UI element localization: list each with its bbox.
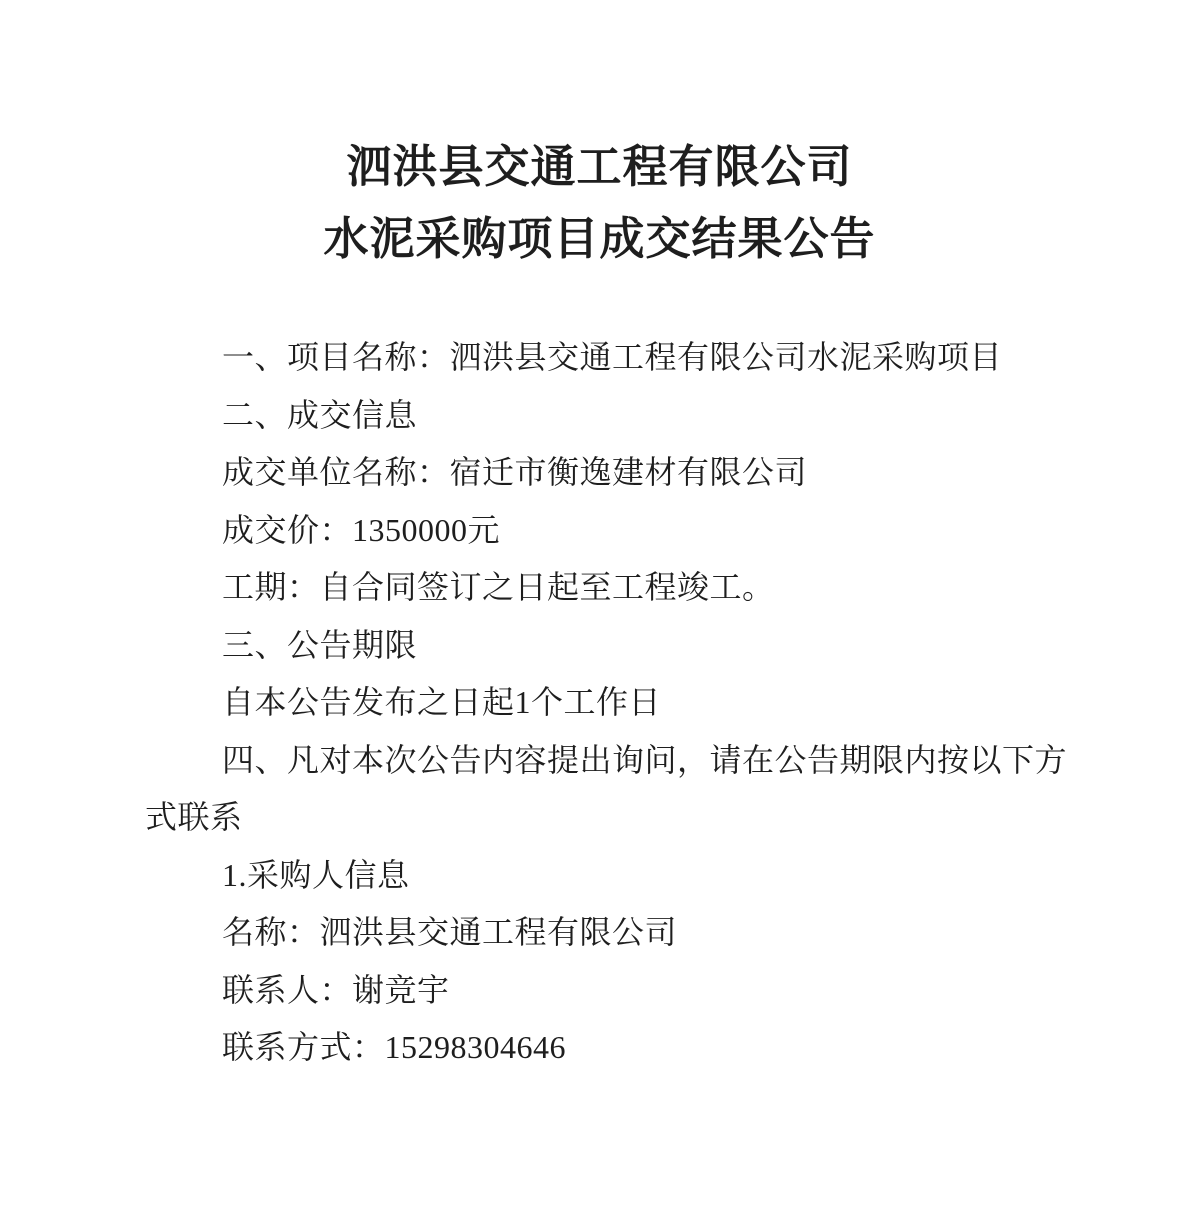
- line-section-3-heading: 三、公告期限: [145, 617, 1159, 675]
- document-title-line-1: 泗洪县交通工程有限公司: [0, 131, 1199, 203]
- line-contact-number: 联系方式：15298304646: [145, 1019, 1159, 1077]
- document-page: 泗洪县交通工程有限公司 水泥采购项目成交结果公告 一、项目名称：泗洪县交通工程有…: [0, 0, 1199, 1227]
- line-winning-price: 成交价：1350000元: [145, 502, 1159, 560]
- line-purchaser-name: 名称：泗洪县交通工程有限公司: [145, 904, 1159, 962]
- line-section-2-heading: 二、成交信息: [145, 387, 1159, 445]
- document-title: 泗洪县交通工程有限公司 水泥采购项目成交结果公告: [0, 131, 1199, 275]
- line-project-name: 一、项目名称：泗洪县交通工程有限公司水泥采购项目: [145, 329, 1159, 387]
- document-body: 一、项目名称：泗洪县交通工程有限公司水泥采购项目 二、成交信息 成交单位名称：宿…: [145, 329, 1159, 1077]
- line-purchaser-info-heading: 1.采购人信息: [145, 847, 1159, 905]
- line-winner-name: 成交单位名称：宿迁市衡逸建材有限公司: [145, 444, 1159, 502]
- line-announcement-period: 自本公告发布之日起1个工作日: [145, 674, 1159, 732]
- line-contact-person: 联系人：谢竞宇: [145, 962, 1159, 1020]
- document-title-line-2: 水泥采购项目成交结果公告: [0, 203, 1199, 275]
- line-construction-period: 工期：自合同签订之日起至工程竣工。: [145, 559, 1159, 617]
- line-section-4-part-1: 四、凡对本次公告内容提出询问，请在公告期限内按以下方: [145, 732, 1159, 790]
- line-section-4-part-2: 式联系: [145, 789, 1159, 847]
